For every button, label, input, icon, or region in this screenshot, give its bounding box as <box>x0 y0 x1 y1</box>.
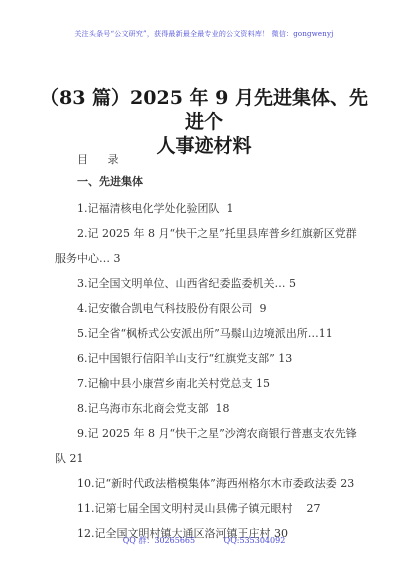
toc-item[interactable]: 9.记 2025 年 8 月“快干之星”沙湾农商银行普惠支农先锋队 21 <box>55 421 360 471</box>
toc-item-page: 11 <box>319 327 333 340</box>
header-promo-note: 关注头条号“公文研究”，获得最新最全最专业的公文资料库！ 微信：gongweny… <box>0 29 408 39</box>
toc-item-text: 记安徽合凯电气科技股份有限公司 <box>88 302 253 315</box>
toc-item[interactable]: 6.记中国银行信阳羊山支行“红旗党支部” 13 <box>55 346 360 371</box>
toc-item-number: 9. <box>77 427 88 440</box>
toc-item-text: 记 2025 年 8 月“快干之星”托里县库普乡红旗新区党群服务中心… <box>55 227 357 265</box>
toc-item-number: 11. <box>77 502 95 515</box>
toc-item-number: 1. <box>77 202 88 215</box>
table-of-contents: 目 录 一、先进集体 1.记福清核电化学处化验团队 1 2.记 2025 年 8… <box>55 150 360 546</box>
title-line-1: （83 篇）2025 年 9 月先进集体、先进个 <box>40 86 368 134</box>
toc-item-text: 记 2025 年 8 月“快干之星”沙湾农商银行普惠支农先锋队 <box>55 427 357 465</box>
toc-item[interactable]: 5.记全省“枫桥式公安派出所”马鬃山边境派出所…11 <box>55 321 360 346</box>
toc-item-page: 9 <box>260 302 267 315</box>
toc-heading: 目 录 <box>55 150 360 170</box>
toc-item[interactable]: 7.记榆中县小康营乡南北关村党总支 15 <box>55 371 360 396</box>
qq-group-number: QQ 群：30265665 <box>123 536 195 545</box>
toc-item-page: 23 <box>340 477 354 490</box>
toc-item-number: 6. <box>77 352 88 365</box>
toc-item-number: 7. <box>77 377 88 390</box>
toc-item-number: 10. <box>77 477 95 490</box>
toc-item-page: 15 <box>256 377 270 390</box>
toc-item[interactable]: 1.记福清核电化学处化验团队 1 <box>55 196 360 221</box>
toc-item-text: 记全国文明单位、山西省纪委监委机关… <box>88 277 286 290</box>
toc-item-number: 4. <box>77 302 88 315</box>
toc-item-text: 记全省“枫桥式公安派出所”马鬃山边境派出所… <box>88 327 319 340</box>
toc-item[interactable]: 3.记全国文明单位、山西省纪委监委机关… 5 <box>55 271 360 296</box>
toc-item-page: 3 <box>114 252 121 265</box>
toc-item-number: 5. <box>77 327 88 340</box>
toc-item-page: 27 <box>307 502 321 515</box>
footer-contact: QQ 群：30265665 QQ:535304092 <box>0 535 408 546</box>
toc-item[interactable]: 10.记“新时代政法楷模集体”海西州格尔木市委政法委 23 <box>55 471 360 496</box>
toc-item-number: 8. <box>77 402 88 415</box>
toc-item-page: 13 <box>278 352 292 365</box>
toc-item-number: 2. <box>77 227 88 240</box>
toc-item[interactable]: 11.记第七届全国文明村灵山县佛子镇元眼村 27 <box>55 496 360 521</box>
toc-item-text: 记“新时代政法楷模集体”海西州格尔木市委政法委 <box>95 477 337 490</box>
toc-item-text: 记福清核电化学处化验团队 <box>88 202 220 215</box>
qq-number: QQ:535304092 <box>224 536 286 545</box>
toc-item-page: 21 <box>70 452 84 465</box>
toc-item-text: 记第七届全国文明村灵山县佛子镇元眼村 <box>95 502 293 515</box>
toc-item-page: 1 <box>227 202 234 215</box>
toc-item-text: 记榆中县小康营乡南北关村党总支 <box>88 377 253 390</box>
toc-item-page: 18 <box>216 402 230 415</box>
toc-item-text: 记乌海市东北商会党支部 <box>88 402 209 415</box>
toc-item-page: 5 <box>289 277 296 290</box>
toc-item-text: 记中国银行信阳羊山支行“红旗党支部” <box>88 352 275 365</box>
toc-item[interactable]: 4.记安徽合凯电气科技股份有限公司 9 <box>55 296 360 321</box>
document-title: （83 篇）2025 年 9 月先进集体、先进个 人事迹材料 <box>40 86 368 158</box>
toc-item[interactable]: 2.记 2025 年 8 月“快干之星”托里县库普乡红旗新区党群服务中心… 3 <box>55 221 360 271</box>
toc-item[interactable]: 8.记乌海市东北商会党支部 18 <box>55 396 360 421</box>
section-heading-advanced-collectives: 一、先进集体 <box>55 172 360 192</box>
toc-item-number: 3. <box>77 277 88 290</box>
